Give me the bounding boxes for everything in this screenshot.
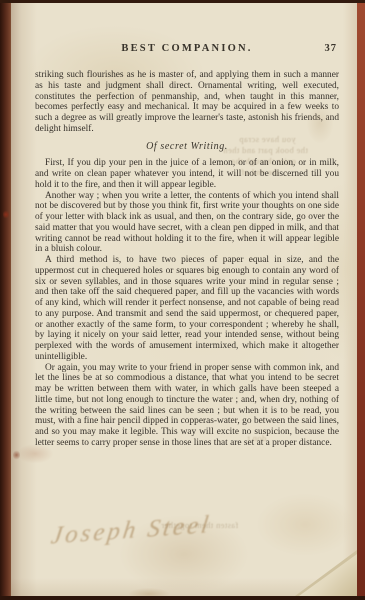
paragraph: Or again, you may write to your friend i…: [35, 363, 339, 449]
printed-text-block: BEST COMPANION. 37 striking such flouris…: [35, 43, 339, 449]
paragraph-continuation: striking such flourishes as he is master…: [35, 70, 339, 135]
page-header: BEST COMPANION. 37: [35, 43, 339, 57]
paragraph: First, If you dip your pen in the juice …: [35, 158, 339, 190]
section-heading: Of secret Writing.: [35, 142, 339, 153]
body-text: striking such flourishes as he is master…: [35, 70, 339, 449]
foxing-stain: [13, 450, 20, 460]
book-page-photo: you have scrap the book part and then qu…: [0, 0, 365, 600]
page-number: 37: [325, 43, 338, 54]
foxing-stain: [129, 588, 169, 596]
page-corner-fold: [295, 550, 357, 596]
book-page: you have scrap the book part and then qu…: [11, 3, 357, 596]
running-title: BEST COMPANION.: [35, 43, 339, 54]
book-binding-right-edge: [357, 0, 365, 600]
paragraph: A third method is, to have two pieces of…: [35, 255, 339, 363]
handwritten-signature: Joseph Steel: [49, 508, 262, 551]
book-edge-bottom: [0, 596, 365, 600]
foxing-stain: [307, 103, 333, 143]
paragraph: Another way ; when you write a letter, t…: [35, 191, 339, 256]
